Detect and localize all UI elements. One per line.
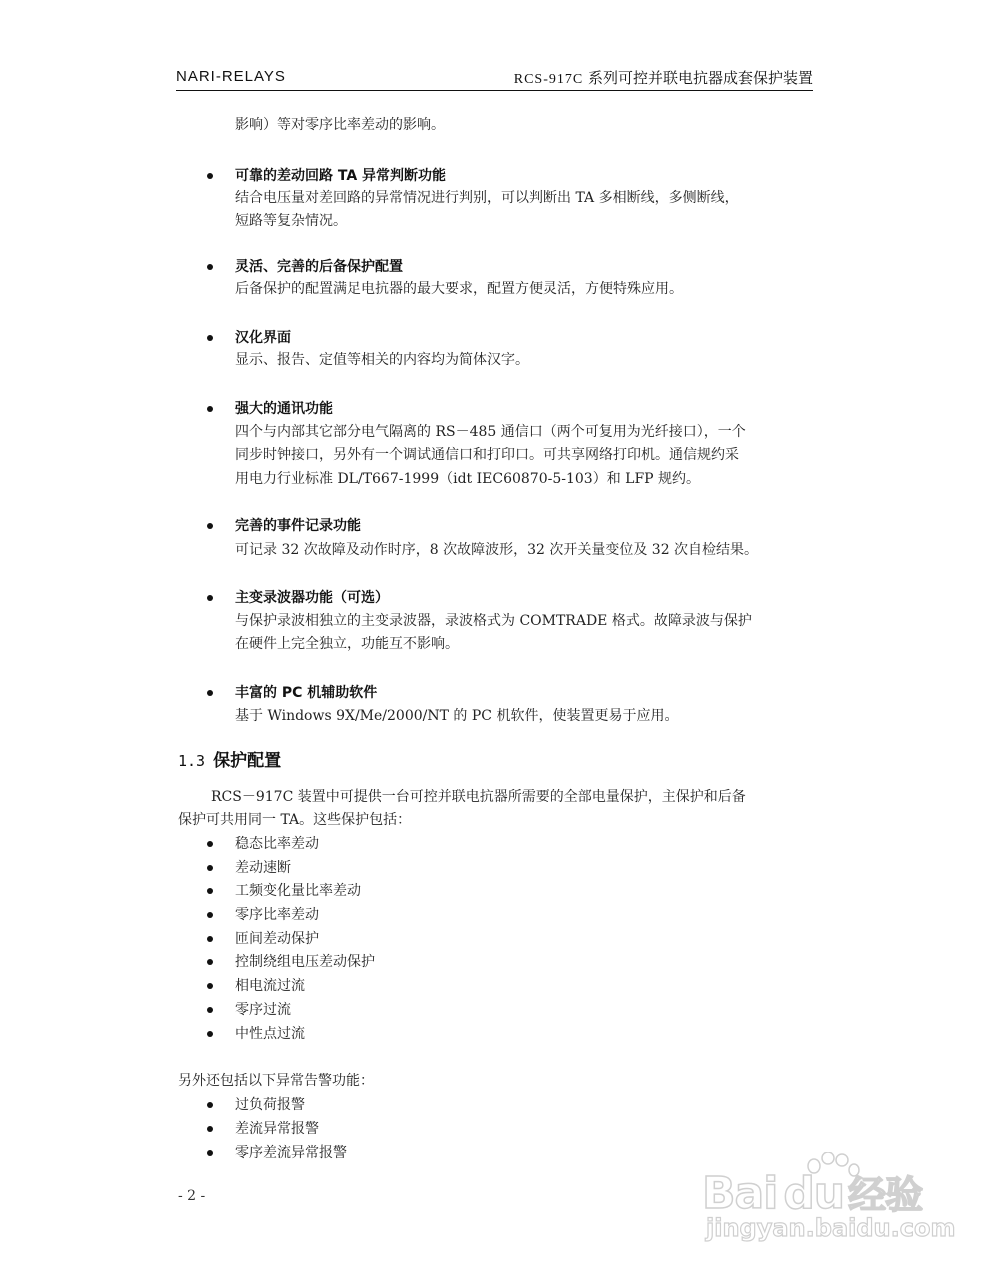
- bullet-icon: [207, 936, 213, 942]
- bullet-icon: [207, 1007, 213, 1013]
- alarm-intro: 另外还包括以下异常告警功能：: [178, 1070, 374, 1092]
- protection-item: 控制绕组电压差动保护: [235, 951, 375, 973]
- page-header: NARI-RELAYS RCS-917C 系列可控并联电抗器成套保护装置: [176, 66, 813, 91]
- bullet-icon: [207, 264, 213, 270]
- feature-text: 显示、报告、定值等相关的内容均为简体汉字。: [235, 349, 529, 371]
- page-number: - 2 -: [178, 1188, 205, 1204]
- feature-title: 完善的事件记录功能: [235, 515, 361, 537]
- bullet-icon: [207, 865, 213, 871]
- watermark-brand: Baidu经验: [702, 1164, 922, 1219]
- feature-title: 汉化界面: [235, 327, 291, 349]
- feature-title: 强大的通讯功能: [235, 398, 333, 420]
- bullet-icon: [207, 595, 213, 601]
- watermark-brand-left: Bai: [702, 1168, 777, 1219]
- alarm-item: 零序差流异常报警: [235, 1142, 347, 1164]
- header-model: RCS-917C: [514, 72, 583, 87]
- feature-text: 短路等复杂情况。: [235, 210, 347, 232]
- protection-item: 匝间差动保护: [235, 928, 319, 950]
- bullet-icon: [207, 690, 213, 696]
- feature-title: 可靠的差动回路 TA 异常判断功能: [235, 165, 446, 187]
- feature-text: 基于 Windows 9X/Me/2000/NT 的 PC 机软件，使装置更易于…: [235, 705, 678, 727]
- section-paragraph: RCS－917C 装置中可提供一台可控并联电抗器所需要的全部电量保护，主保护和后…: [211, 786, 746, 808]
- bullet-icon: [207, 841, 213, 847]
- header-title: 系列可控并联电抗器成套保护装置: [588, 69, 813, 87]
- header-company: NARI-RELAYS: [176, 68, 286, 85]
- watermark-url: jingyan.baidu.com: [706, 1214, 955, 1242]
- feature-text: 结合电压量对差回路的异常情况进行判别，可以判断出 TA 多相断线，多侧断线，: [235, 187, 739, 209]
- feature-text: 与保护录波相独立的主变录波器，录波格式为 COMTRADE 格式。故障录波与保护: [235, 610, 752, 632]
- feature-text: 四个与内部其它部分电气隔离的 RS－485 通信口（两个可复用为光纤接口），一个: [235, 421, 746, 443]
- bullet-icon: [207, 983, 213, 989]
- protection-item: 相电流过流: [235, 975, 305, 997]
- feature-text: 同步时钟接口，另外有一个调试通信口和打印口。可共享网络打印机。通信规约采: [235, 444, 739, 466]
- bullet-icon: [207, 1126, 213, 1132]
- paw-icon: [800, 1152, 864, 1204]
- header-document-title: RCS-917C 系列可控并联电抗器成套保护装置: [514, 67, 813, 88]
- protection-item: 零序比率差动: [235, 904, 319, 926]
- feature-title: 主变录波器功能（可选）: [235, 587, 389, 609]
- protection-item: 稳态比率差动: [235, 833, 319, 855]
- bullet-icon: [207, 1150, 213, 1156]
- bullet-icon: [207, 335, 213, 341]
- bullet-icon: [207, 888, 213, 894]
- bullet-icon: [207, 1102, 213, 1108]
- section-title: 保护配置: [213, 751, 281, 771]
- bullet-icon: [207, 173, 213, 179]
- alarm-item: 差流异常报警: [235, 1118, 319, 1140]
- feature-title: 灵活、完善的后备保护配置: [235, 256, 403, 278]
- bullet-icon: [207, 912, 213, 918]
- protection-item: 工频变化量比率差动: [235, 880, 361, 902]
- feature-text: 用电力行业标准 DL/T667-1999（idt IEC60870-5-103）…: [235, 468, 700, 490]
- bullet-icon: [207, 523, 213, 529]
- watermark-brand-paw-text: du: [783, 1168, 844, 1219]
- bullet-icon: [207, 1031, 213, 1037]
- baidu-watermark: Baidu经验 jingyan.baidu.com: [702, 1152, 962, 1262]
- section-number: 1.3: [178, 752, 205, 770]
- protection-item: 中性点过流: [235, 1023, 305, 1045]
- protection-item: 零序过流: [235, 999, 291, 1021]
- feature-text: 在硬件上完全独立，功能互不影响。: [235, 633, 459, 655]
- section-heading: 1.3保护配置: [178, 748, 281, 774]
- alarm-item: 过负荷报警: [235, 1094, 305, 1116]
- watermark-brand-cn: 经验: [848, 1173, 922, 1217]
- bullet-icon: [207, 406, 213, 412]
- feature-text: 后备保护的配置满足电抗器的最大要求，配置方便灵活，方便特殊应用。: [235, 278, 683, 300]
- protection-item: 差动速断: [235, 857, 291, 879]
- feature-text: 可记录 32 次故障及动作时序，8 次故障波形，32 次开关量变位及 32 次自…: [235, 539, 758, 561]
- feature-title: 丰富的 PC 机辅助软件: [235, 682, 377, 704]
- section-paragraph: 保护可共用同一 TA。这些保护包括：: [178, 809, 411, 831]
- intro-continuation: 影响）等对零序比率差动的影响。: [235, 114, 445, 136]
- bullet-icon: [207, 959, 213, 965]
